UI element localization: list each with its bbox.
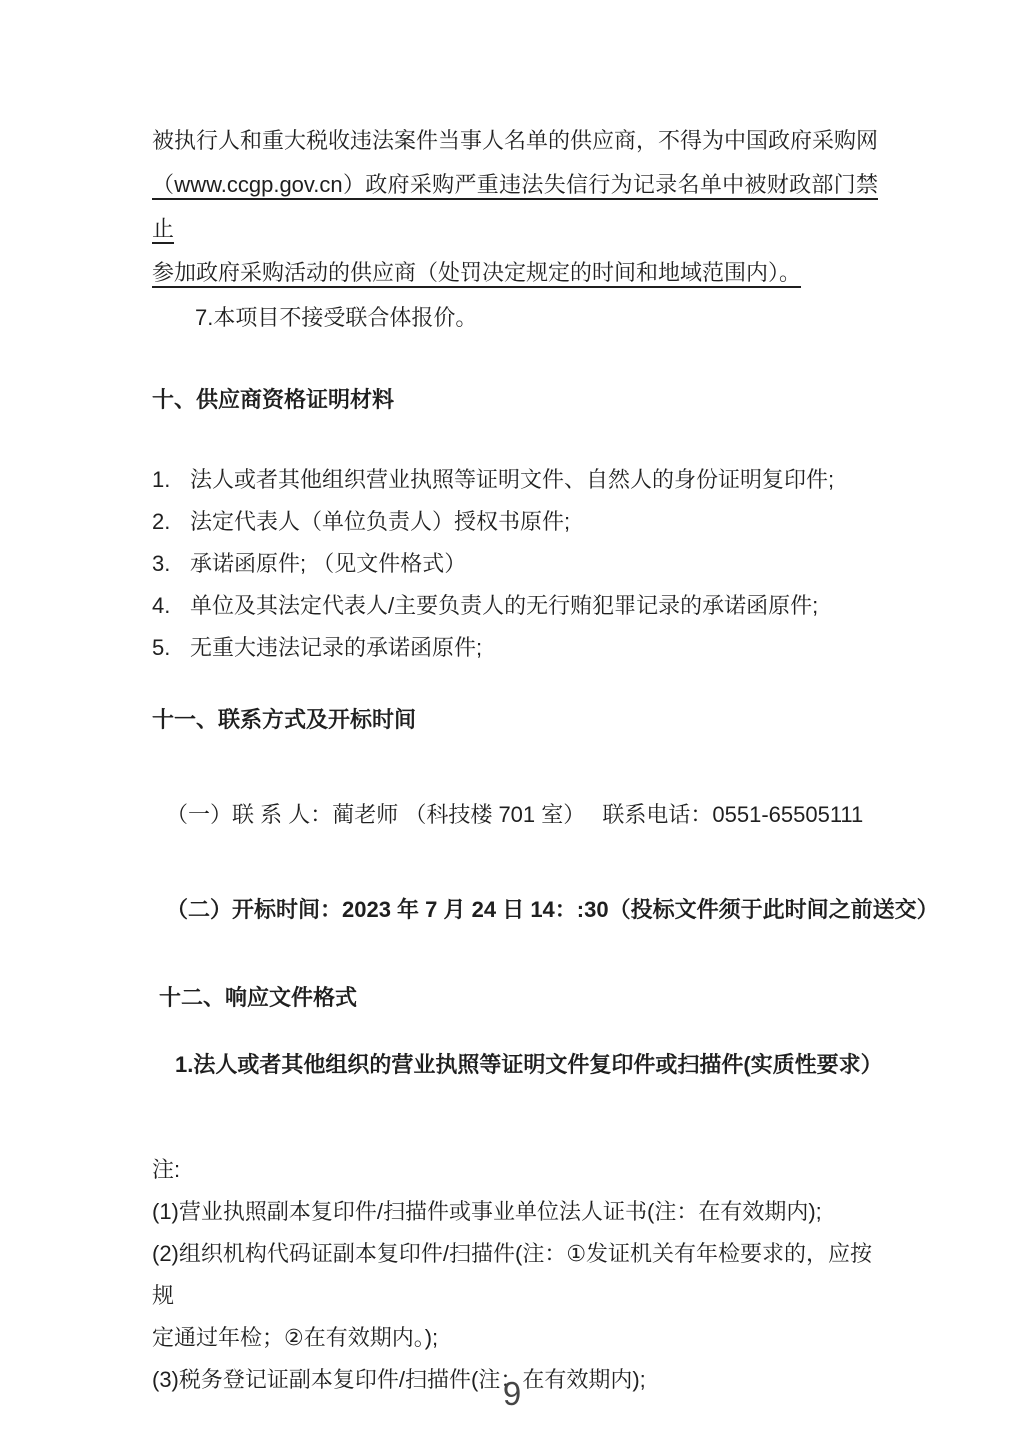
list-item-number: 5. <box>152 627 190 669</box>
list-item: 1. 法人或者其他组织营业执照等证明文件、自然人的身份证明复印件; <box>152 459 878 501</box>
section-ten-heading: 十、供应商资格证明材料 <box>152 378 878 422</box>
bid-opening-time-line: （二）开标时间：2023 年 7 月 24 日 14：:30（投标文件须于此时间… <box>152 888 878 932</box>
note-line: 定通过年检；②在有效期内。); <box>152 1317 878 1359</box>
intro-line-2-url: （www.ccgp.gov.cn）政府采购严重违法失信行为记录名单中被财政部门禁… <box>152 163 878 251</box>
document-page: 被执行人和重大税收违法案件当事人名单的供应商，不得为中国政府采购网 （www.c… <box>0 0 1024 1447</box>
qualification-list: 1. 法人或者其他组织营业执照等证明文件、自然人的身份证明复印件; 2. 法定代… <box>152 459 878 669</box>
document-content: 被执行人和重大税收违法案件当事人名单的供应商，不得为中国政府采购网 （www.c… <box>0 0 1024 1401</box>
list-item: 4. 单位及其法定代表人/主要负责人的无行贿犯罪记录的承诺函原件; <box>152 585 878 627</box>
note-line: (2)组织机构代码证副本复印件/扫描件(注：①发证机关有年检要求的，应按规 <box>152 1233 878 1317</box>
contact-line: （一）联 系 人：蔺老师 （科技楼 701 室） 联系电话：0551-65505… <box>152 793 878 837</box>
list-item: 3. 承诺函原件; （见文件格式） <box>152 543 878 585</box>
list-item-number: 3. <box>152 543 190 585</box>
notes-block: 注: (1)营业执照副本复印件/扫描件或事业单位法人证书(注：在有效期内); (… <box>152 1149 878 1401</box>
notes-label: 注: <box>152 1149 878 1191</box>
intro-line-3: 参加政府采购活动的供应商（处罚决定规定的时间和地域范围内）。 <box>152 251 878 295</box>
list-item-text: 法人或者其他组织营业执照等证明文件、自然人的身份证明复印件; <box>190 459 834 501</box>
section-twelve-heading: 十二、响应文件格式 <box>152 976 878 1020</box>
list-item-number: 2. <box>152 501 190 543</box>
list-item: 5. 无重大违法记录的承诺函原件; <box>152 627 878 669</box>
list-item-text: 无重大违法记录的承诺函原件; <box>190 627 482 669</box>
list-item-text: 承诺函原件; （见文件格式） <box>190 543 466 585</box>
list-item-number: 4. <box>152 585 190 627</box>
note-line: (1)营业执照副本复印件/扫描件或事业单位法人证书(注：在有效期内); <box>152 1191 878 1233</box>
intro-line-1: 被执行人和重大税收违法案件当事人名单的供应商，不得为中国政府采购网 <box>152 119 878 163</box>
section-eleven-heading: 十一、联系方式及开标时间 <box>152 698 878 742</box>
clause-7: 7.本项目不接受联合体报价。 <box>152 296 878 340</box>
format-item-1: 1.法人或者其他组织的营业执照等证明文件复印件或扫描件(实质性要求） <box>152 1043 878 1087</box>
list-item-number: 1. <box>152 459 190 501</box>
list-item: 2. 法定代表人（单位负责人）授权书原件; <box>152 501 878 543</box>
list-item-text: 法定代表人（单位负责人）授权书原件; <box>190 501 570 543</box>
page-number: 9 <box>0 1372 1024 1416</box>
list-item-text: 单位及其法定代表人/主要负责人的无行贿犯罪记录的承诺函原件; <box>190 585 818 627</box>
